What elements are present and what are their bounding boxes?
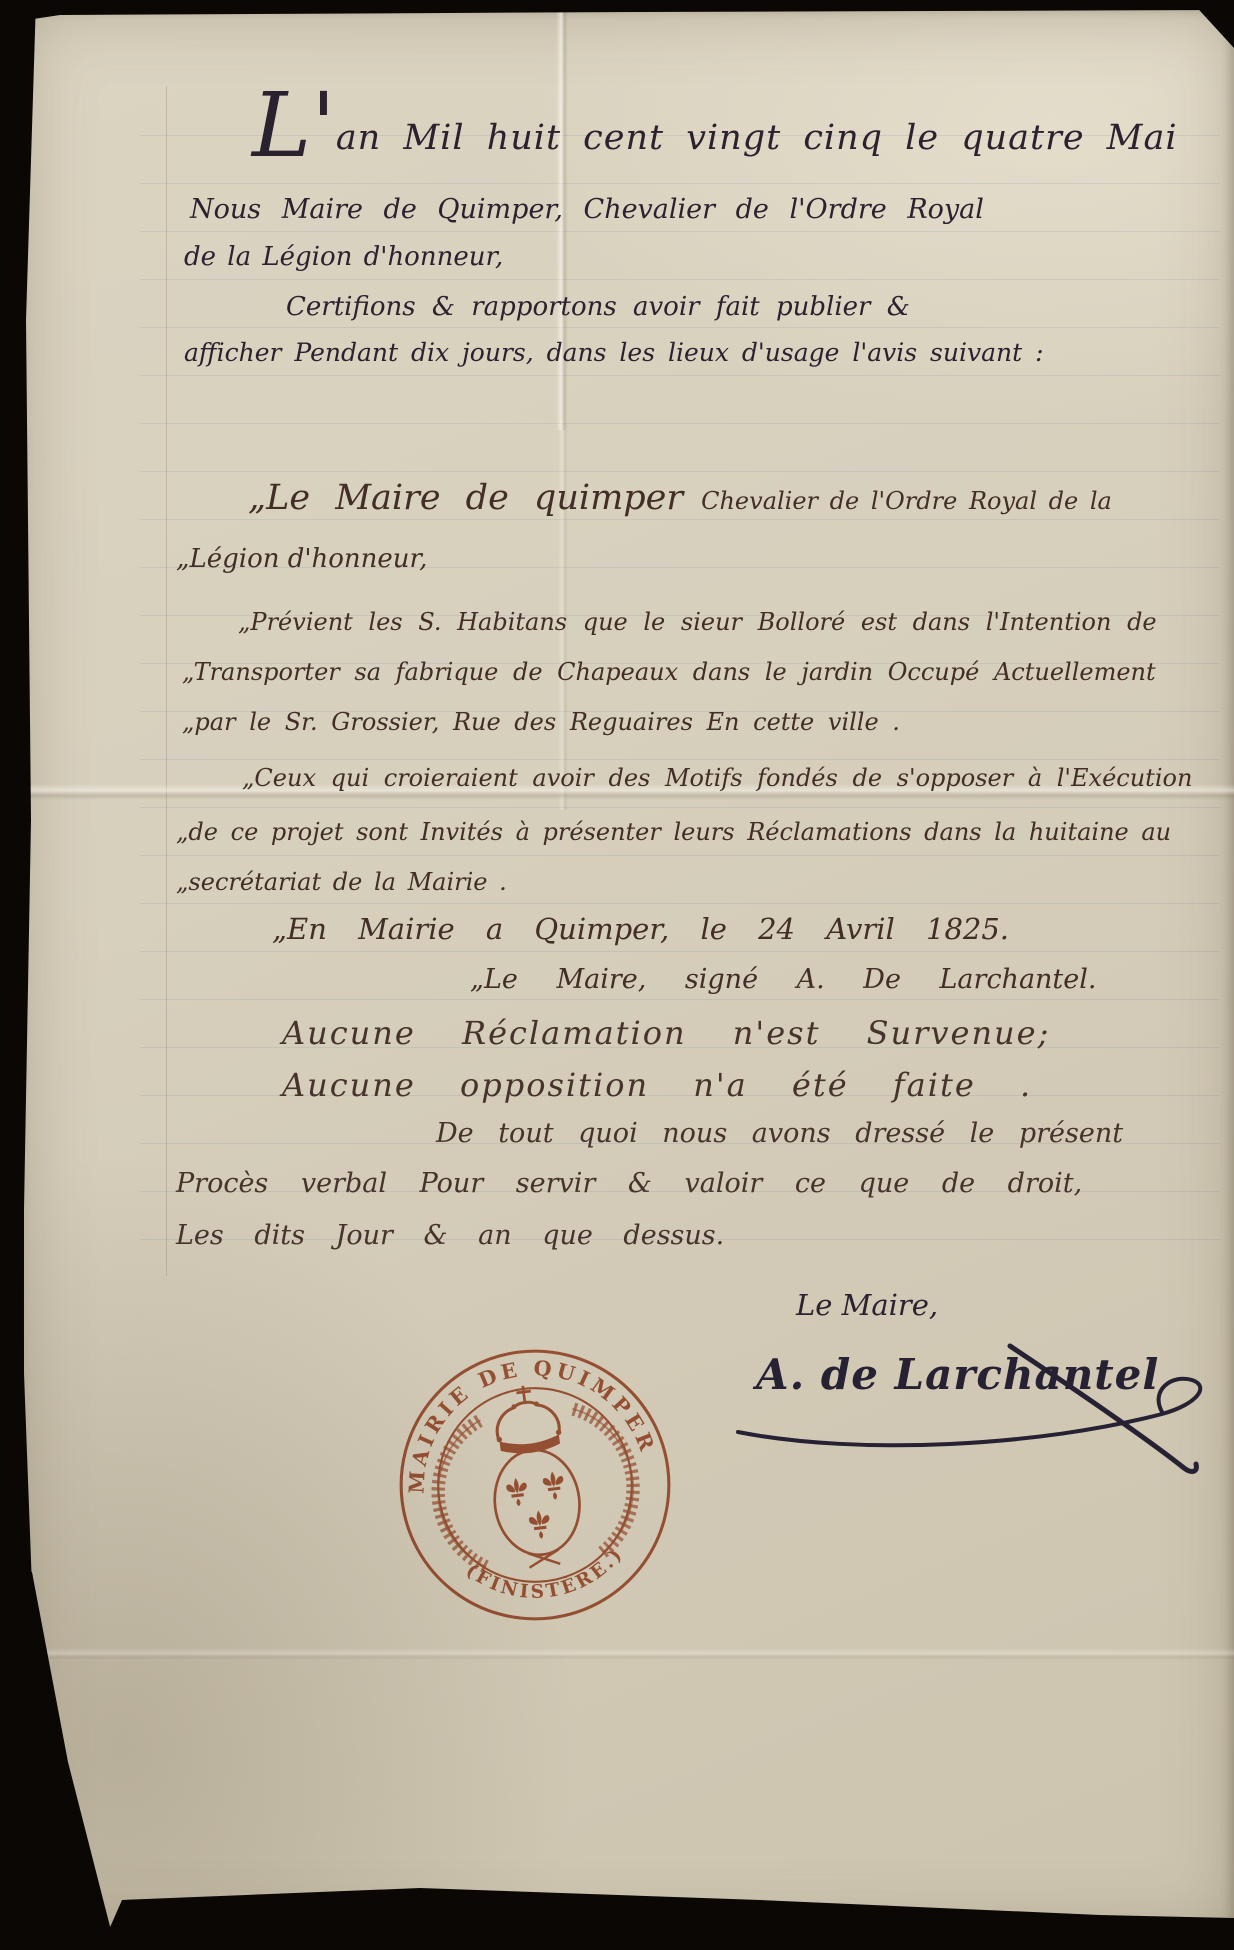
line-aucune-opposition: Aucune opposition n'a été faite .: [282, 1066, 1032, 1104]
line-signe-larchantel: „Le Maire, signé A. De Larchantel.: [470, 964, 1096, 995]
line-le-maire-de-quimper: „Le Maire de quimperChevalier de l'Ordre…: [248, 478, 1112, 518]
line-proces-verbal: Procès verbal Pour servir & valoir ce qu…: [176, 1168, 1082, 1199]
fleur-de-lis-icon: [542, 1470, 566, 1501]
line-certifions: Certifions & rapportons avoir fait publi…: [286, 292, 910, 322]
line-date-opening: L'an Mil huit cent vingt cinq le quatre …: [252, 118, 1178, 158]
line-nous-maire: Nous Maire de Quimper, Chevalier de l'Or…: [190, 194, 984, 225]
line-grossier: „par le Sr. Grossier, Rue des Reguaires …: [182, 708, 900, 736]
svg-text:(FINISTÈRE.): (FINISTÈRE.): [460, 1541, 633, 1612]
line-secretariat: „secrétariat de la Mairie .: [176, 868, 507, 896]
line-aucune-reclamation: Aucune Réclamation n'est Survenue;: [282, 1014, 1050, 1052]
line-transporter: „Transporter sa fabrique de Chapeaux dan…: [182, 658, 1156, 686]
fold-crease-horizontal-faint: [24, 1648, 1234, 1660]
closing-title: Le Maire,: [796, 1288, 938, 1322]
stamp-shield: [489, 1445, 586, 1560]
line-en-mairie-date: „En Mairie a Quimper, le 24 Avril 1825.: [272, 912, 1009, 946]
line-jour-et-an: Les dits Jour & an que dessus.: [176, 1220, 724, 1251]
line-afficher: afficher Pendant dix jours, dans les lie…: [184, 338, 1044, 367]
line-de-ce-projet: „de ce projet sont Invités à présenter l…: [176, 818, 1171, 846]
margin-rule: [166, 86, 167, 1276]
stamp-bottom-text: (FINISTÈRE.): [460, 1541, 633, 1612]
line-previent: „Prévient les S. Habitans que le sieur B…: [238, 608, 1157, 636]
line-le-maire-big: „Le Maire de quimper: [248, 478, 683, 518]
fleur-de-lis-icon: [528, 1509, 552, 1540]
line-legion-honneur: de la Légion d'honneur,: [184, 242, 503, 272]
photograph-of-document: L'an Mil huit cent vingt cinq le quatre …: [0, 0, 1234, 1950]
line-de-tout-quoi: De tout quoi nous avons dressé le présen…: [436, 1118, 1123, 1149]
line-ceux-qui: „Ceux qui croieraient avoir des Motifs f…: [242, 764, 1192, 792]
fleur-de-lis-icon: [505, 1477, 529, 1508]
signature-flourish: [710, 1330, 1230, 1490]
line-le-maire-small: Chevalier de l'Ordre Royal de la: [701, 487, 1112, 515]
line-legion-honneur-2: „Légion d'honneur,: [176, 544, 427, 574]
official-stamp: MAIRIE DE QUIMPER. (FINISTÈRE.): [380, 1330, 690, 1640]
